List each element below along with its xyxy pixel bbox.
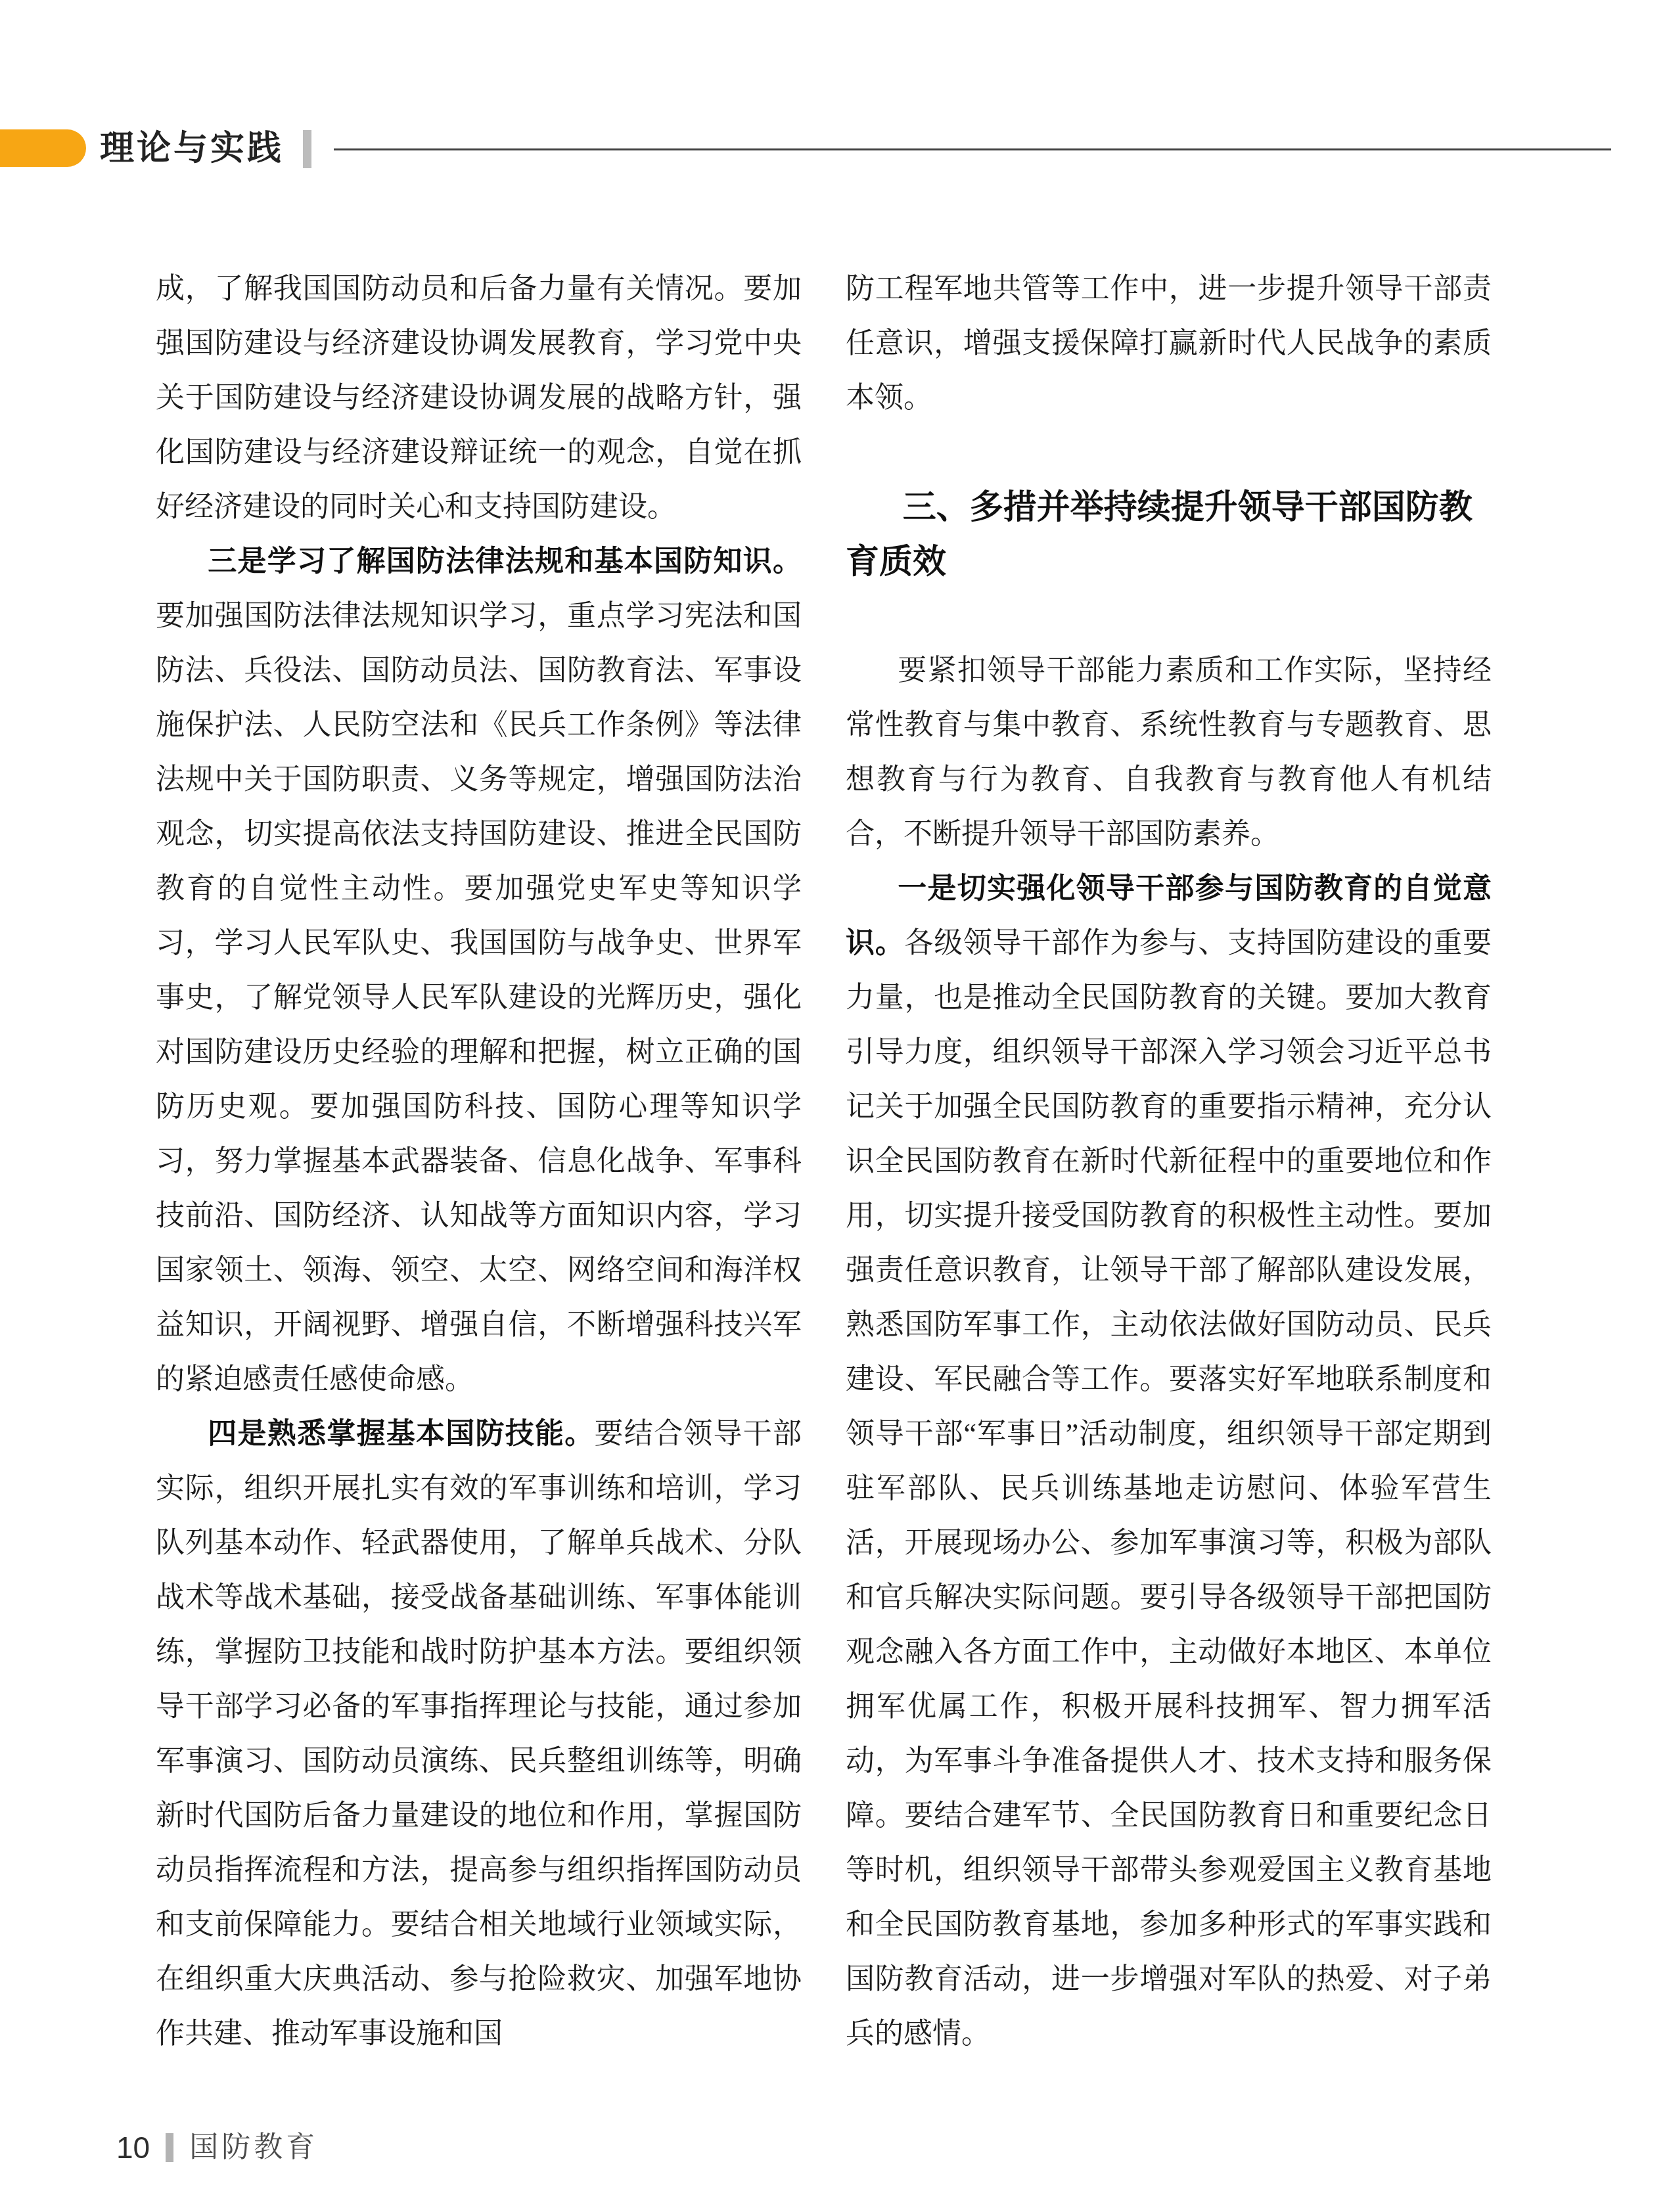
- footer-separator-bar: [166, 2133, 173, 2162]
- header-accent-tab: [0, 129, 86, 167]
- paragraph-text: 要结合领导干部实际，组织开展扎实有效的军事训练和培训，学习队列基本动作、轻武器使…: [156, 1418, 802, 2050]
- body-paragraph: 三是学习了解国防法律法规和基本国防知识。要加强国防法律法规知识学习，重点学习宪法…: [156, 534, 802, 1407]
- run-in-heading: 四是熟悉掌握基本国防技能。: [208, 1418, 594, 1450]
- body-paragraph: 防工程军地共管等工作中，进一步提升领导干部责任意识，增强支援保障打赢新时代人民战…: [846, 261, 1492, 425]
- paragraph-text: 防工程军地共管等工作中，进一步提升领导干部责任意识，增强支援保障打赢新时代人民战…: [846, 273, 1492, 414]
- magazine-page: 理论与实践 成，了解我国国防动员和后备力量有关情况。要加强国防建设与经济建设协调…: [0, 0, 1669, 2212]
- header-section-label: 理论与实践: [100, 129, 284, 168]
- page-footer: 10 国防教育: [116, 2131, 318, 2165]
- body-paragraph: 四是熟悉掌握基本国防技能。要结合领导干部实际，组织开展扎实有效的军事训练和培训，…: [156, 1407, 802, 2061]
- section-heading: 三、多措并举持续提升领导干部国防教育质效: [846, 480, 1492, 589]
- body-paragraph: 一是切实强化领导干部参与国防教育的自觉意识。各级领导干部作为参与、支持国防建设的…: [846, 861, 1492, 2061]
- header-rule-line: [334, 148, 1611, 150]
- right-column: 防工程军地共管等工作中，进一步提升领导干部责任意识，增强支援保障打赢新时代人民战…: [846, 261, 1492, 2061]
- paragraph-text: 要紧扣领导干部能力素质和工作实际，坚持经常性教育与集中教育、系统性教育与专题教育…: [846, 654, 1492, 850]
- body-paragraph: 成，了解我国国防动员和后备力量有关情况。要加强国防建设与经济建设协调发展教育，学…: [156, 261, 802, 534]
- header-separator-bar: [303, 130, 311, 168]
- paragraph-text: 要加强国防法律法规知识学习，重点学习宪法和国防法、兵役法、国防动员法、国防教育法…: [156, 600, 802, 1395]
- left-column: 成，了解我国国防动员和后备力量有关情况。要加强国防建设与经济建设协调发展教育，学…: [156, 261, 802, 2061]
- footer-section-name: 国防教育: [189, 2131, 318, 2165]
- article-body: 成，了解我国国防动员和后备力量有关情况。要加强国防建设与经济建设协调发展教育，学…: [156, 261, 1492, 2061]
- run-in-heading: 三是学习了解国防法律法规和基本国防知识。: [208, 545, 802, 577]
- body-paragraph: 要紧扣领导干部能力素质和工作实际，坚持经常性教育与集中教育、系统性教育与专题教育…: [846, 643, 1492, 861]
- paragraph-text: 各级领导干部作为参与、支持国防建设的重要力量，也是推动全民国防教育的关键。要加大…: [846, 927, 1492, 2050]
- page-number: 10: [116, 2131, 150, 2165]
- paragraph-text: 成，了解我国国防动员和后备力量有关情况。要加强国防建设与经济建设协调发展教育，学…: [156, 273, 802, 523]
